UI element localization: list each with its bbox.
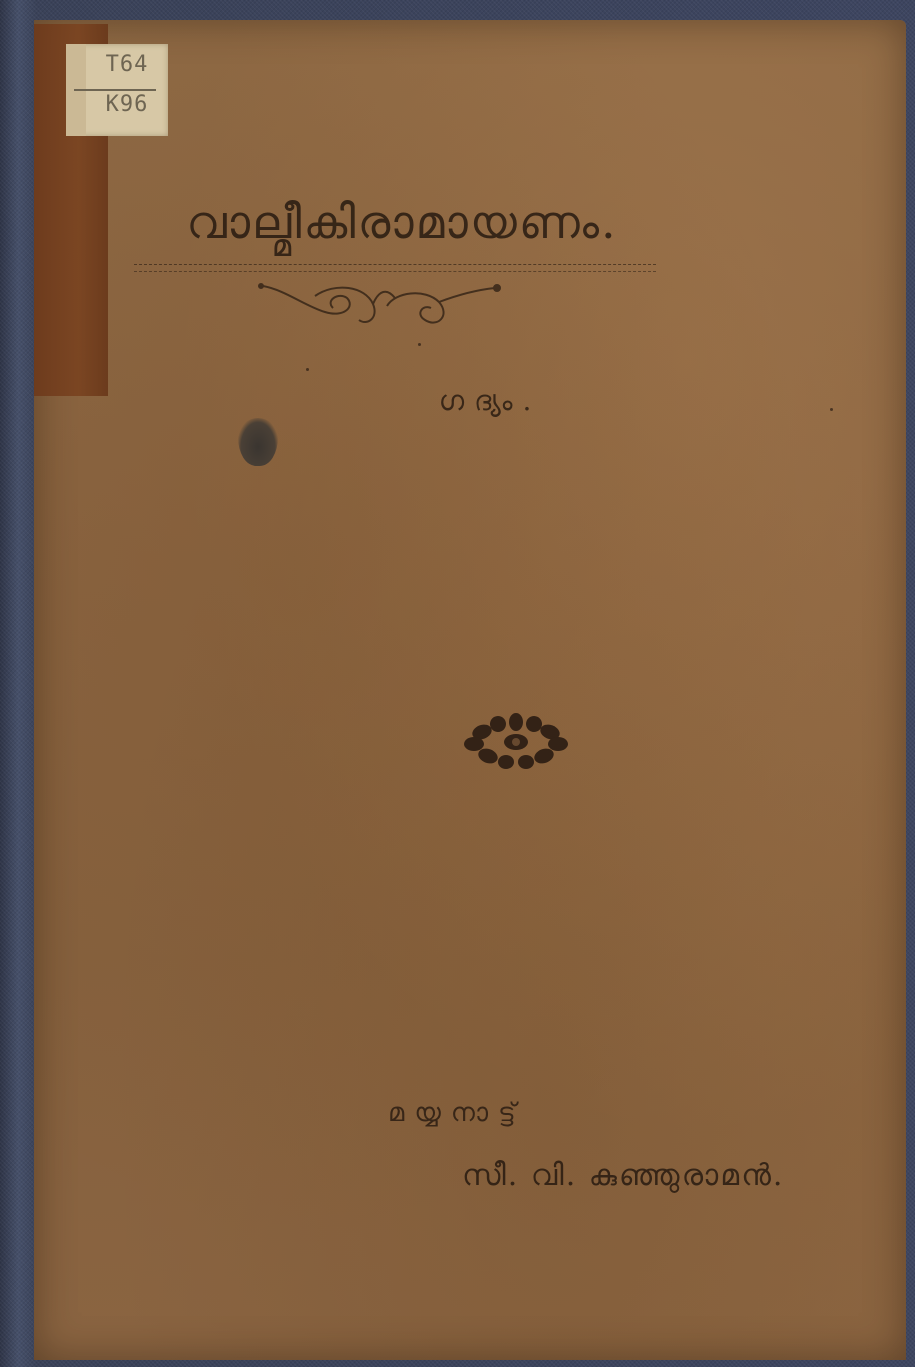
call-number-divider xyxy=(74,89,156,91)
author-name: സീ. വി. കുഞ്ഞുരാമൻ. xyxy=(462,1158,862,1193)
book-subtitle: ഗദ്യം. xyxy=(380,384,600,418)
library-call-number-label: T64 K96 xyxy=(66,44,168,136)
ink-speck xyxy=(418,343,421,346)
call-number-line-2: K96 xyxy=(92,92,162,117)
author-place: മയ്യനാട്ട് xyxy=(388,1098,588,1129)
ink-speck xyxy=(830,408,833,411)
book-title: വാല്മീകിരാമായണം. xyxy=(122,195,682,251)
flower-ornament-icon xyxy=(462,712,570,770)
flourish-ornament-icon xyxy=(255,276,505,336)
call-number-line-1: T64 xyxy=(92,52,162,77)
title-double-rule xyxy=(134,264,656,272)
ink-speck xyxy=(306,368,309,371)
